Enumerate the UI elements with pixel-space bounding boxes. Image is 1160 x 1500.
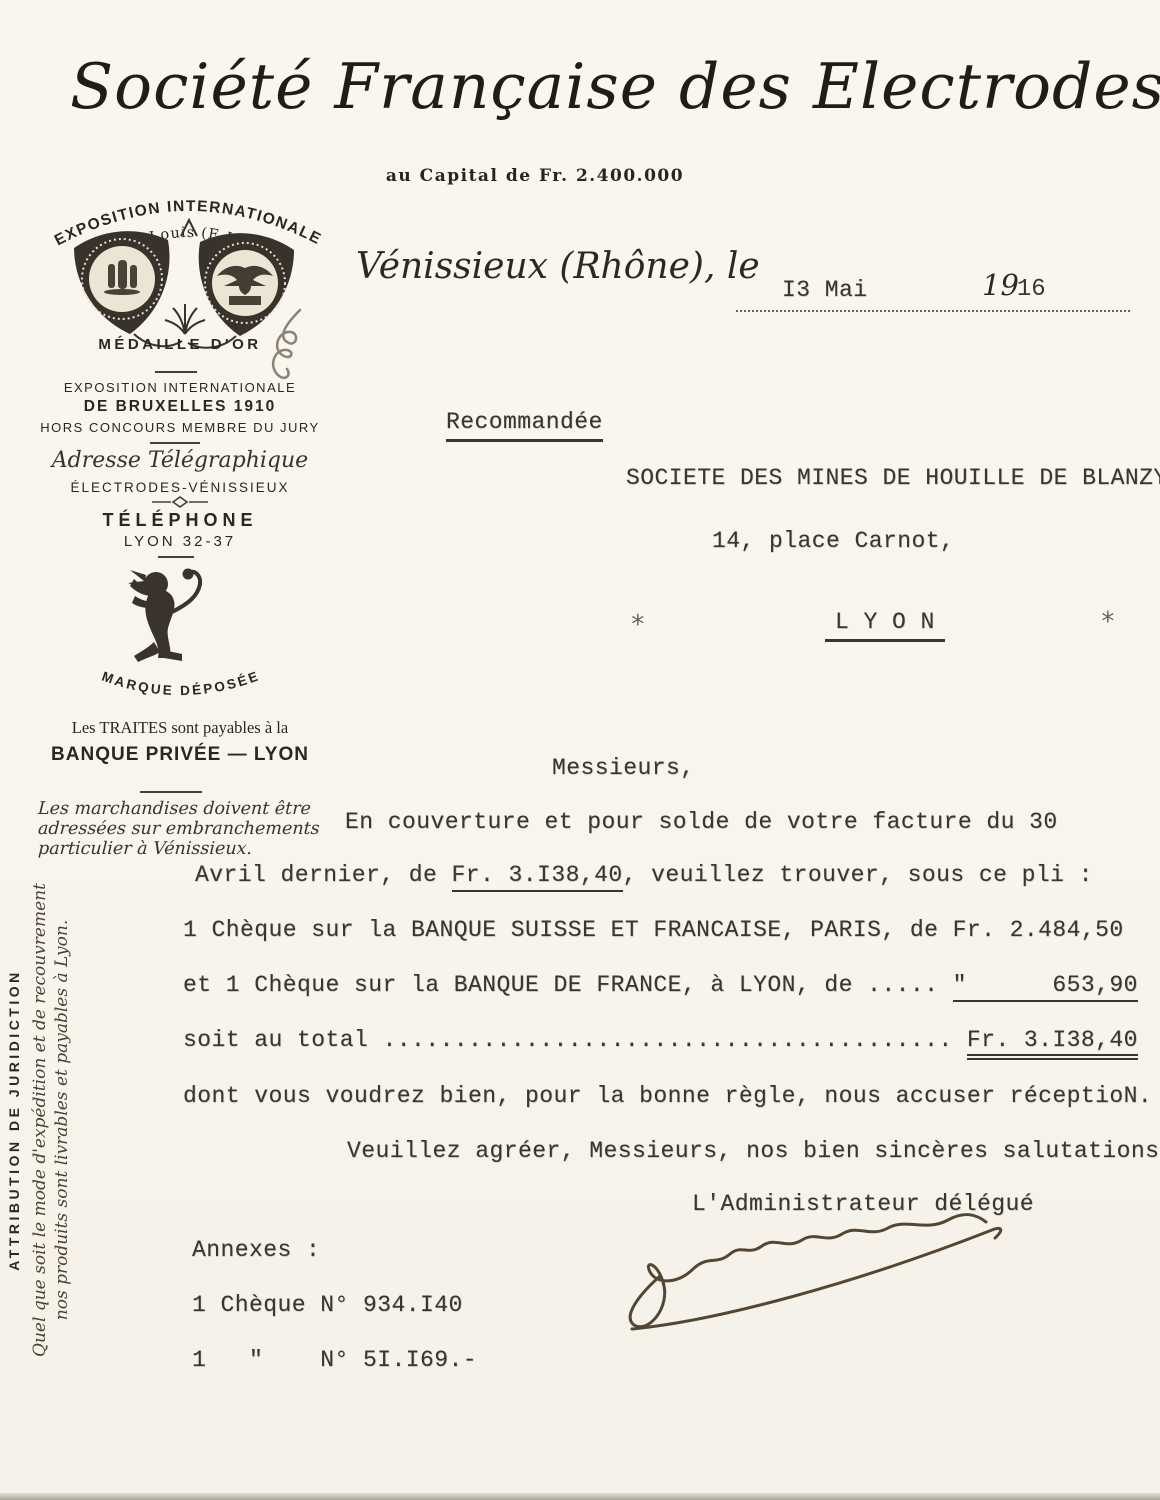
- body-line-5: soit au total ..........................…: [183, 1027, 1138, 1053]
- typed-date: I3 Mai: [782, 277, 868, 303]
- juridiction-note-line2: nos produits sont livrables et payables …: [51, 874, 73, 1366]
- diamond-ornament-icon: [152, 496, 208, 508]
- expo-bruxelles-line2: DE BRUXELLES 1910: [25, 398, 335, 416]
- amount-total: Fr. 3.I38,40: [967, 1027, 1138, 1060]
- scan-bottom-edge: [0, 1493, 1160, 1500]
- divider: [140, 791, 202, 793]
- traites-line1: Les TRAITES sont payables à la: [25, 718, 335, 738]
- divider: [158, 556, 194, 558]
- divider: [155, 371, 197, 373]
- telephone-value: LYON 32-37: [25, 533, 335, 550]
- recipient-city: L Y O N: [768, 583, 945, 662]
- signature-handwriting: [596, 1198, 1028, 1346]
- capital-line: au Capital de Fr. 2.400.000: [60, 166, 1010, 186]
- juridiction-note-line1: Quel que soit le mode d'expédition et de…: [29, 874, 51, 1366]
- vertical-juridiction-note: ATTRIBUTION DE JURIDICTION Quel que soit…: [6, 872, 110, 1364]
- recipient-street: 14, place Carnot,: [712, 528, 954, 554]
- mail-tag: Recommandée: [389, 383, 603, 462]
- asterisk-mark-right: *: [1100, 607, 1116, 637]
- expo-bruxelles-line1: EXPOSITION INTERNATIONALE: [25, 380, 335, 395]
- body-line-2: Avril dernier, de Fr. 3.I38,40, veuillez…: [195, 862, 1093, 888]
- medaille-or-label: MÉDAILLE D'OR: [25, 336, 335, 353]
- dateline-place: Vénissieux (Rhône), le: [356, 246, 760, 287]
- adresse-telegraphique-value: ÉLECTRODES-VÉNISSIEUX: [25, 480, 335, 495]
- year-printed: 19: [982, 268, 1019, 302]
- traites-line2: BANQUE PRIVÉE — LYON: [25, 744, 335, 766]
- body-line-6: dont vous voudrez bien, pour la bonne rè…: [183, 1083, 1152, 1109]
- asterisk-mark-left: *: [630, 610, 646, 640]
- dateline-year: 1916: [982, 268, 1046, 303]
- divider: [150, 442, 200, 444]
- body-line-1: En couverture et pour solde de votre fac…: [345, 809, 1058, 835]
- rampant-lion-icon: [118, 562, 230, 664]
- marchandises-note-line2: adressées sur embranchements: [37, 819, 338, 839]
- telephone-label: TÉLÉPHONE: [25, 510, 335, 531]
- amount-facture: Fr. 3.I38,40: [452, 862, 623, 892]
- attribution-juridiction-title: ATTRIBUTION DE JURIDICTION: [6, 874, 22, 1366]
- amount-banque-de-france: " 653,90: [953, 972, 1138, 1002]
- marque-deposee-label: MARQUE DÉPOSÉE: [100, 668, 262, 698]
- marque-deposee-arc: MARQUE DÉPOSÉE: [90, 666, 270, 712]
- svg-text:MARQUE DÉPOSÉE: MARQUE DÉPOSÉE: [100, 668, 262, 698]
- annexes-label: Annexes :: [192, 1237, 320, 1263]
- body-line-7: Veuillez agréer, Messieurs, nos bien sin…: [347, 1138, 1159, 1164]
- marchandises-note-line3: particulier à Vénissieux.: [37, 839, 338, 859]
- company-name: Société Française des Electrodes: [70, 50, 1090, 123]
- body-line-4: et 1 Chèque sur la BANQUE DE FRANCE, à L…: [183, 972, 1138, 998]
- annexes-item-1: 1 Chèque N° 934.I40: [192, 1292, 463, 1318]
- body-line-3: 1 Chèque sur la BANQUE SUISSE ET FRANCAI…: [183, 917, 1124, 943]
- letter-page: Société Française des Electrodes au Capi…: [0, 0, 1160, 1500]
- recipient-name: SOCIETE DES MINES DE HOUILLE DE BLANZY: [626, 465, 1160, 491]
- expo-bruxelles-line3: HORS CONCOURS MEMBRE DU JURY: [25, 420, 335, 435]
- annexes-item-2: 1 " N° 5I.I69.-: [192, 1347, 477, 1373]
- year-typed: 16: [1017, 276, 1046, 303]
- medal-left-icon: [74, 231, 170, 334]
- salutation: Messieurs,: [552, 755, 695, 781]
- marchandises-note-line1: Les marchandises doivent être: [37, 799, 338, 819]
- adresse-telegraphique-label: Adresse Télégraphique: [25, 448, 335, 473]
- dateline-dotted-rule: [736, 310, 1130, 312]
